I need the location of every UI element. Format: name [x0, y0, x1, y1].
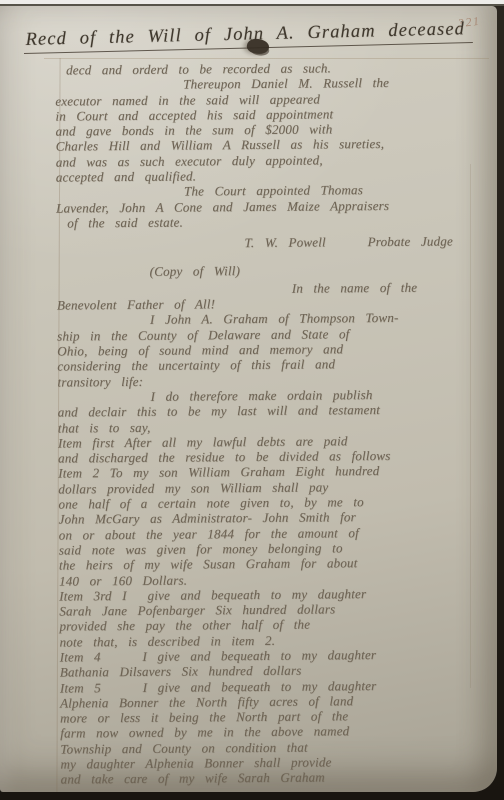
manuscript-line: (Copy of Will) [2, 261, 493, 280]
ledger-page: 321 Recd of the Will of John A. Graham d… [0, 6, 497, 792]
photo-top-edge [0, 0, 504, 6]
manuscript-line: and take care of my wife Sarah Graham [6, 768, 497, 787]
manuscript-lines: decd and orderd to be recorded as such.T… [0, 59, 497, 787]
manuscript-line: T. W. Powell Probate Judge [1, 233, 492, 252]
ledger-photo: 321 Recd of the Will of John A. Graham d… [0, 0, 504, 800]
manuscript-line: of the said estate. [1, 212, 492, 231]
